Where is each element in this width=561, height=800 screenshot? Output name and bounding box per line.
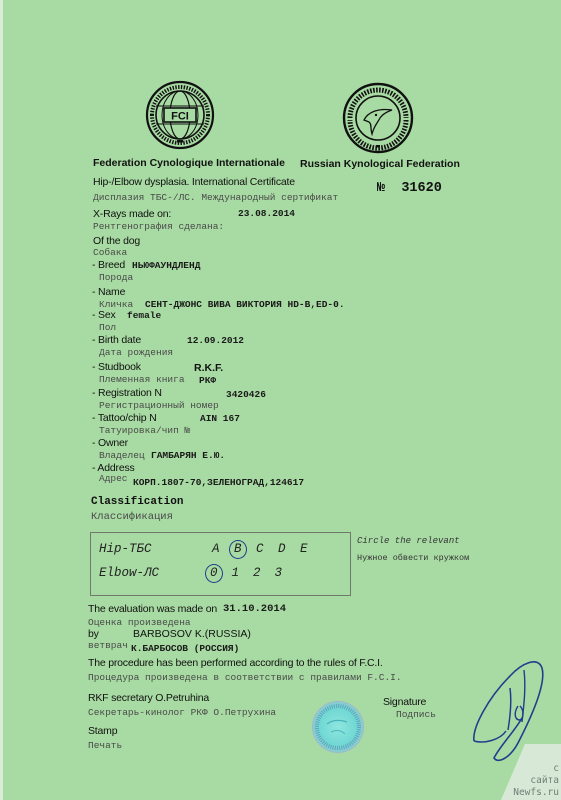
watermark-line: с: [553, 763, 559, 774]
stamp-label-ru: Печать: [88, 740, 122, 751]
classification-title-en: Classification: [91, 496, 183, 508]
elbow-label: Elbow-ЛС: [99, 566, 159, 580]
vet-name-ru: К.БАРБОСОВ (РОССИЯ): [131, 643, 239, 654]
breed-value: НЬЮФАУНДЛЕНД: [132, 260, 200, 271]
owner-label-en: - Owner: [92, 437, 128, 449]
name-label-en: - Name: [92, 286, 125, 298]
xray-date: 23.08.2014: [238, 208, 295, 219]
hip-grade-e: E: [300, 542, 308, 556]
address-value: КОРП.1807-70,ЗЕЛЕНОГРАД,124617: [133, 477, 304, 488]
procedure-ru: Процедура произведена в соответствии с п…: [88, 672, 402, 683]
hip-grade-c: C: [256, 542, 264, 556]
birth-date-label-ru: Дата рождения: [99, 347, 173, 358]
birth-date-label-en: - Birth date: [92, 334, 141, 346]
sex-label-ru: Пол: [99, 322, 116, 333]
certificate-title-ru: Дисплазия ТБС-/ЛС. Международный сертифи…: [93, 192, 338, 203]
hip-label: Hip-ТБС: [99, 542, 152, 556]
fci-globe-logo-icon: FCI: [145, 80, 215, 150]
studbook-value-en: R.K.F.: [194, 362, 223, 374]
signature-label-en: Signature: [383, 696, 426, 708]
secretary-en: RKF secretary O.Petruhina: [88, 692, 209, 704]
elbow-grade-1: 1: [232, 566, 240, 580]
circle-hint-ru: Нужное обвести кружком: [357, 553, 469, 563]
address-label-ru: Адрес: [99, 473, 128, 484]
hip-selected-circle: [229, 540, 247, 559]
by-label-en: by: [88, 628, 99, 640]
vet-name-en: BARBOSOV K.(RUSSIA): [133, 628, 251, 640]
registration-value: 3420426: [226, 389, 266, 400]
sex-label-en: - Sex: [92, 309, 116, 321]
signature-label-ru: Подпись: [396, 709, 436, 720]
rkf-dog-head-logo-icon: [342, 82, 414, 154]
breed-label-ru: Порода: [99, 272, 133, 283]
watermark-line: Newfs.ru: [513, 787, 559, 798]
circle-hint-en: Circle the relevant: [357, 536, 460, 546]
evaluation-label-ru: Оценка произведена: [88, 617, 191, 628]
studbook-label-en: - Studbook: [92, 361, 141, 373]
certificate-title-en: Hip-/Elbow dysplasia. International Cert…: [93, 176, 295, 188]
secretary-ru: Секретарь-кинолог РКФ О.Петрухина: [88, 707, 276, 718]
number-sign: №: [377, 181, 385, 196]
hip-grade-d: D: [278, 542, 286, 556]
dog-heading-en: Of the dog: [93, 235, 140, 247]
name-value: СЕНТ-ДЖОНС ВИВА ВИКТОРИЯ HD-B,ED-0.: [145, 299, 345, 310]
rkf-hologram-stamp-icon: [313, 702, 363, 752]
owner-value: ГАМБАРЯН Е.Ю.: [151, 450, 225, 461]
tattoo-label-ru: Татуировка/чип №: [99, 425, 190, 436]
stamp-label-en: Stamp: [88, 725, 117, 737]
certificate-number-value: 31620: [401, 181, 442, 196]
evaluation-label-en: The evaluation was made on: [88, 603, 217, 615]
tattoo-label-en: - Tattoo/chip N: [92, 412, 157, 424]
registration-label-en: - Registration N: [92, 387, 162, 399]
certificate-number: № 31620: [377, 181, 442, 196]
watermark-line: сайта: [530, 775, 559, 786]
fci-name: Federation Cynologique Internationale: [93, 157, 285, 169]
owner-label-ru: Владелец: [99, 450, 145, 461]
xray-label-en: X-Rays made on:: [93, 208, 171, 220]
dog-heading-ru: Собака: [93, 247, 127, 258]
elbow-selected-circle: [205, 564, 223, 583]
birth-date-value: 12.09.2012: [187, 335, 244, 346]
procedure-en: The procedure has been performed accordi…: [88, 657, 383, 669]
svg-text:FCI: FCI: [171, 111, 189, 123]
classification-title-ru: Классификация: [91, 511, 173, 523]
rkf-name: Russian Kynological Federation: [300, 158, 460, 170]
page-edge: [0, 0, 3, 800]
sex-value: female: [127, 310, 161, 321]
xray-label-ru: Рентгенография сделана:: [93, 221, 224, 232]
by-label-ru: ветврач: [88, 640, 128, 651]
elbow-grade-3: 3: [275, 566, 283, 580]
elbow-grade-2: 2: [253, 566, 261, 580]
studbook-value-ru: РКФ: [199, 375, 216, 386]
breed-label-en: - Breed: [92, 259, 125, 271]
registration-label-ru: Регистрационный номер: [99, 400, 219, 411]
evaluation-date: 31.10.2014: [223, 603, 286, 615]
hip-grade-a: A: [212, 542, 220, 556]
studbook-label-ru: Племенная книга: [99, 374, 185, 385]
tattoo-value: AIN 167: [200, 413, 240, 424]
